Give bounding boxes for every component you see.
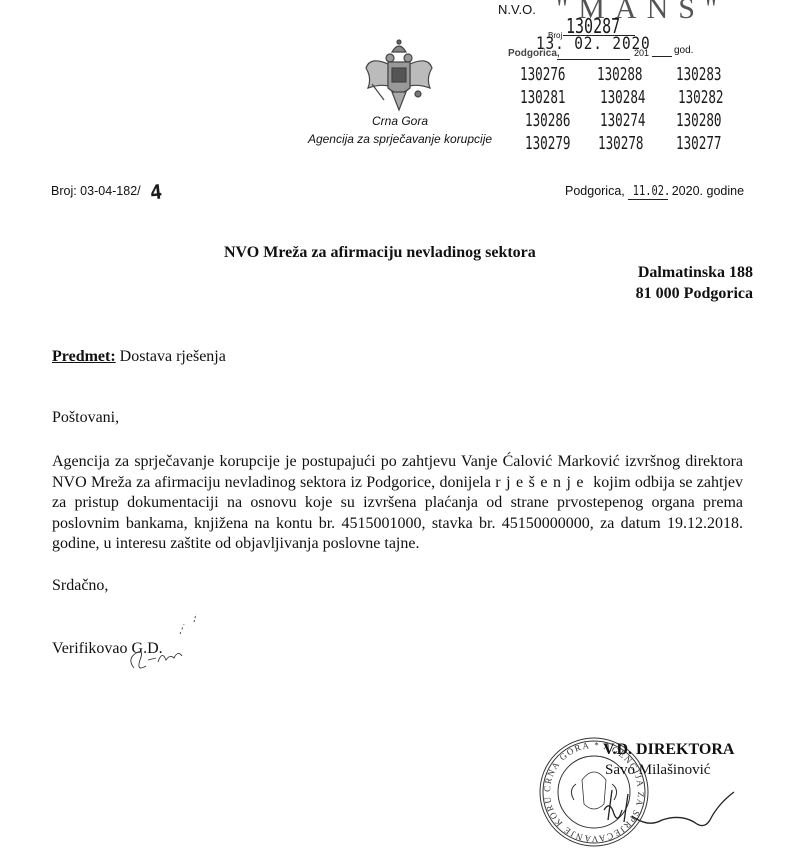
coat-of-arms-icon	[362, 38, 436, 114]
stamp-ref-number: 130282	[678, 87, 724, 108]
director-signature-icon	[600, 780, 760, 840]
stamp-year-suffix: god.	[674, 45, 693, 56]
subject-text: Dostava rješenja	[120, 348, 226, 365]
recipient-name: NVO Mreža za afirmaciju nevladinog sekto…	[224, 244, 536, 262]
stamp-ref-number: 130280	[676, 110, 722, 131]
subject-line: Predmet: Dostava rješenja	[52, 348, 226, 366]
greeting: Poštovani,	[52, 409, 119, 427]
letter-date: Podgorica, 11.02. 2020. godine	[565, 184, 744, 200]
recipient-city: 81 000 Podgorica	[636, 283, 753, 304]
stamp-org-prefix: N.V.O.	[498, 2, 536, 17]
letterhead-agency: Agencija za sprječavanje korupcije	[300, 132, 500, 146]
reference-handwritten: 4	[149, 179, 163, 204]
date-place: Podgorica,	[565, 184, 625, 198]
letterhead-country: Crna Gora	[300, 114, 500, 128]
stamp-ref-number: 130284	[600, 87, 646, 108]
stamp-ref-number: 130276	[520, 64, 566, 85]
stamp-ref-number: 130286	[525, 110, 571, 131]
stamp-ref-number: 130278	[598, 133, 644, 154]
stamp-year-underline	[652, 56, 672, 57]
stamp-year-prefix: 201	[634, 48, 649, 58]
stamp-place-label: Podgorica,	[508, 48, 560, 59]
body-spaced-word: rješenje	[495, 474, 589, 491]
subject-label: Predmet:	[52, 348, 116, 365]
stamp-ref-number: 130283	[676, 64, 722, 85]
closing: Srdačno,	[52, 577, 108, 595]
stamp-ref-number: 130281	[520, 87, 566, 108]
stamp-ref-number: 130274	[600, 110, 646, 131]
stamp-date-underline	[557, 59, 630, 60]
recipient-street: Dalmatinska 188	[636, 262, 753, 283]
body-paragraph: Agencija za sprječavanje korupcije je po…	[52, 452, 743, 555]
date-handwritten-field: 11.02.	[628, 184, 668, 200]
date-year: 2020. godine	[672, 184, 744, 198]
stamp-ref-number: 130288	[597, 64, 643, 85]
signatory-title: V.D. DIREKTORA	[603, 741, 734, 759]
recipient-address: Dalmatinska 188 81 000 Podgorica	[636, 262, 753, 304]
date-handwritten: 11.02.	[633, 184, 671, 199]
verifier-signature-icon	[124, 610, 204, 680]
stamp-ref-number: 130279	[525, 133, 571, 154]
signatory-name: Savo Milašinović	[605, 762, 710, 779]
reference-number: Broj: 03-04-182/	[51, 184, 141, 198]
stamp-ref-number: 130277	[676, 133, 722, 154]
